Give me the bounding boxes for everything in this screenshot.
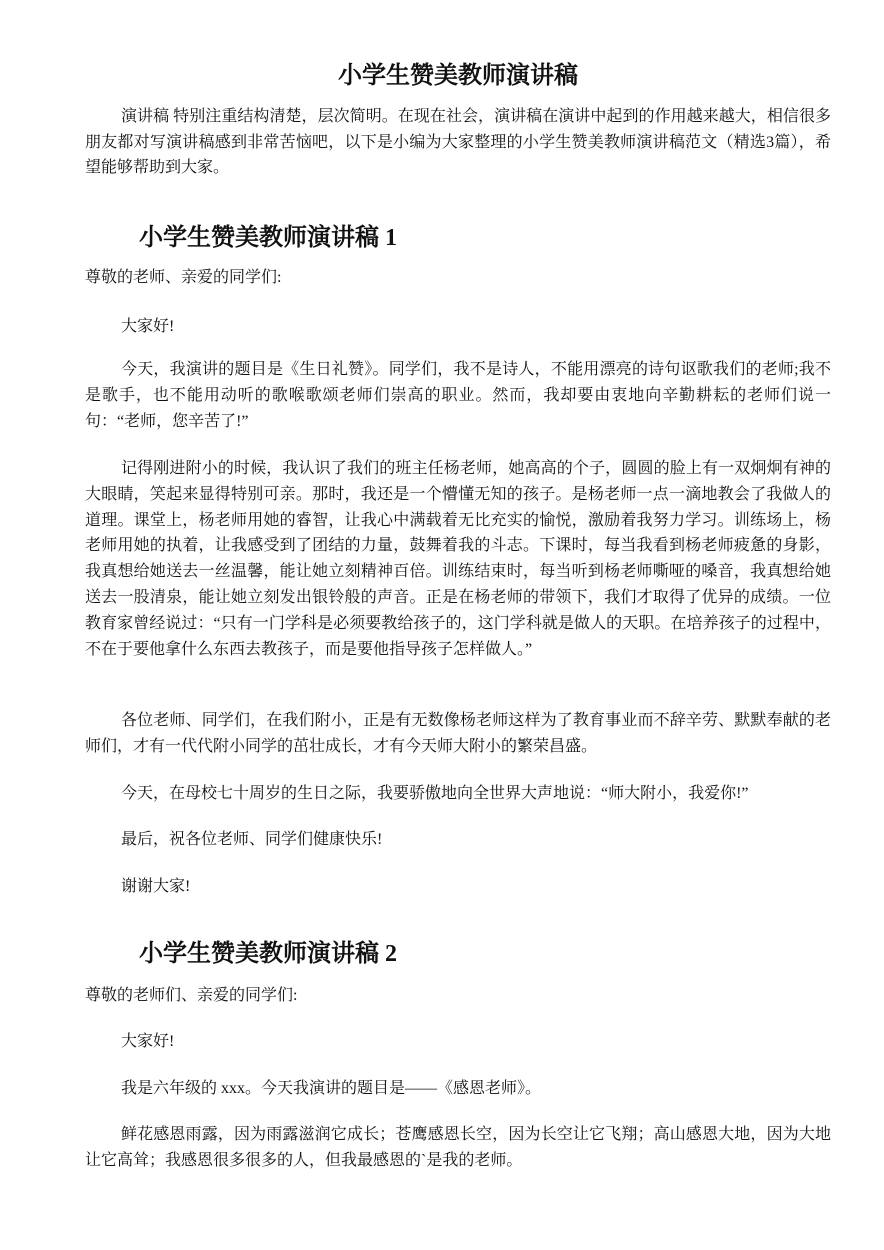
section-1-greeting: 大家好!: [85, 314, 831, 340]
section-1-salutation: 尊敬的老师、亲爱的同学们:: [85, 265, 831, 291]
section-1-closing: 最后，祝各位老师、同学们健康快乐!: [85, 827, 831, 853]
section-1-paragraph: 今天，我演讲的题目是《生日礼赞》。同学们，我不是诗人，不能用漂亮的诗句讴歌我们的…: [85, 357, 831, 434]
section-2-heading: 小学生赞美教师演讲稿 2: [139, 938, 397, 970]
section-2-paragraph: 鲜花感恩雨露，因为雨露滋润它成长；苍鹰感恩长空，因为长空让它飞翔；高山感恩大地，…: [85, 1122, 831, 1174]
section-2-paragraph: 我是六年级的 xxx。今天我演讲的题目是——《感恩老师》。: [85, 1076, 831, 1102]
section-1-paragraph: 各位老师、同学们，在我们附小，正是有无数像杨老师这样为了教育事业而不辞辛劳、默默…: [85, 708, 831, 760]
intro-paragraph: 演讲稿 特别注重结构清楚，层次简明。在现在社会，演讲稿在演讲中起到的作用越来越大…: [85, 104, 831, 181]
section-2-greeting: 大家好!: [85, 1029, 831, 1055]
section-1-thanks: 谢谢大家!: [85, 874, 831, 900]
section-1-paragraph: 今天，在母校七十周岁的生日之际，我要骄傲地向全世界大声地说：“师大附小，我爱你!…: [85, 781, 831, 807]
section-1-heading: 小学生赞美教师演讲稿 1: [139, 222, 397, 254]
section-1-paragraph: 记得刚进附小的时候，我认识了我们的班主任杨老师，她高高的个子，圆圆的脸上有一双炯…: [85, 456, 831, 662]
document-title: 小学生赞美教师演讲稿: [85, 60, 831, 92]
section-2-salutation: 尊敬的老师们、亲爱的同学们:: [85, 983, 831, 1009]
